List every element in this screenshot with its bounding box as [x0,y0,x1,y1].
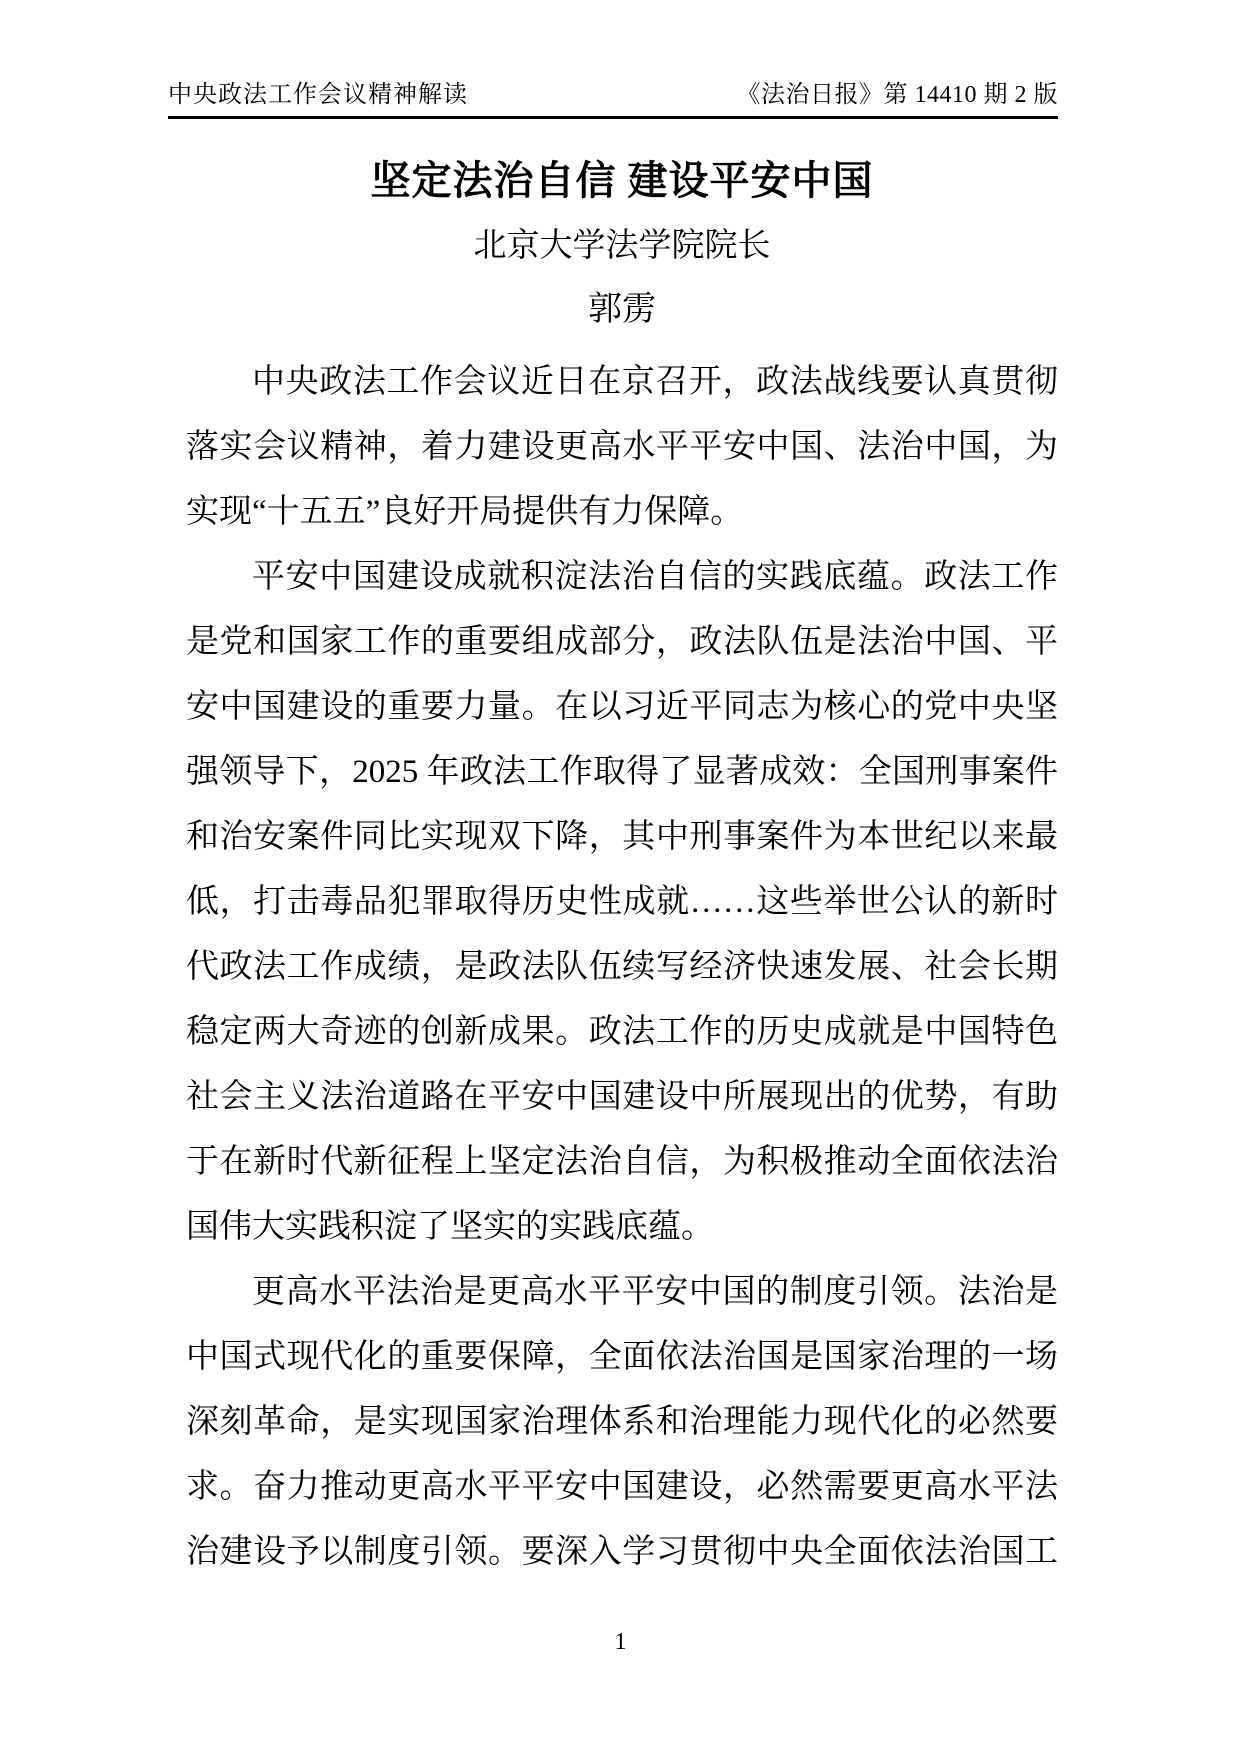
article-subtitle: 北京大学法学院院长 [186,223,1058,267]
body-line: 社会主义法治道路在平安中国建设中所展现出的优势，有助 [186,1065,1058,1130]
header-left-text: 中央政法工作会议精神解读 [168,80,468,110]
header-rule [168,116,1058,119]
body-line: 更高水平法治是更高水平平安中国的制度引领。法治是 [186,1260,1058,1325]
body-line: 国伟大实践积淀了坚实的实践底蕴。 [186,1195,1058,1260]
article-author: 郭雳 [186,287,1058,331]
header-right-text: 《法治日报》第 14410 期 2 版 [737,80,1059,110]
body-line: 平安中国建设成就积淀法治自信的实践底蕴。政法工作 [186,545,1058,610]
body-line: 稳定两大奇迹的创新成果。政法工作的历史成就是中国特色 [186,1000,1058,1065]
body-line: 代政法工作成绩，是政法队伍续写经济快速发展、社会长期 [186,935,1058,1000]
article-body: 中央政法工作会议近日在京召开，政法战线要认真贯彻 落实会议精神，着力建设更高水平… [186,350,1058,1585]
body-line: 中国式现代化的重要保障，全面依法治国是国家治理的一场 [186,1325,1058,1390]
body-line: 和治安案件同比实现双下降，其中刑事案件为本世纪以来最 [186,805,1058,870]
body-line: 强领导下，2025 年政法工作取得了显著成效：全国刑事案件 [186,740,1058,805]
body-line: 中央政法工作会议近日在京召开，政法战线要认真贯彻 [186,350,1058,415]
body-line: 治建设予以制度引领。要深入学习贯彻中央全面依法治国工 [186,1520,1058,1585]
article-title: 坚定法治自信 建设平安中国 [186,155,1058,207]
page-number: 1 [0,1628,1241,1656]
body-line: 安中国建设的重要力量。在以习近平同志为核心的党中央坚 [186,675,1058,740]
body-line: 求。奋力推动更高水平平安中国建设，必然需要更高水平法 [186,1455,1058,1520]
body-line: 实现“十五五”良好开局提供有力保障。 [186,480,1058,545]
body-line: 于在新时代新征程上坚定法治自信，为积极推动全面依法治 [186,1130,1058,1195]
body-line: 是党和国家工作的重要组成部分，政法队伍是法治中国、平 [186,610,1058,675]
body-line: 深刻革命，是实现国家治理体系和治理能力现代化的必然要 [186,1390,1058,1455]
document-page: 中央政法工作会议精神解读 《法治日报》第 14410 期 2 版 坚定法治自信 … [0,0,1241,1755]
body-line: 低，打击毒品犯罪取得历史性成就……这些举世公认的新时 [186,870,1058,935]
page-header: 中央政法工作会议精神解读 《法治日报》第 14410 期 2 版 [168,0,1058,110]
body-line: 落实会议精神，着力建设更高水平平安中国、法治中国，为 [186,415,1058,480]
